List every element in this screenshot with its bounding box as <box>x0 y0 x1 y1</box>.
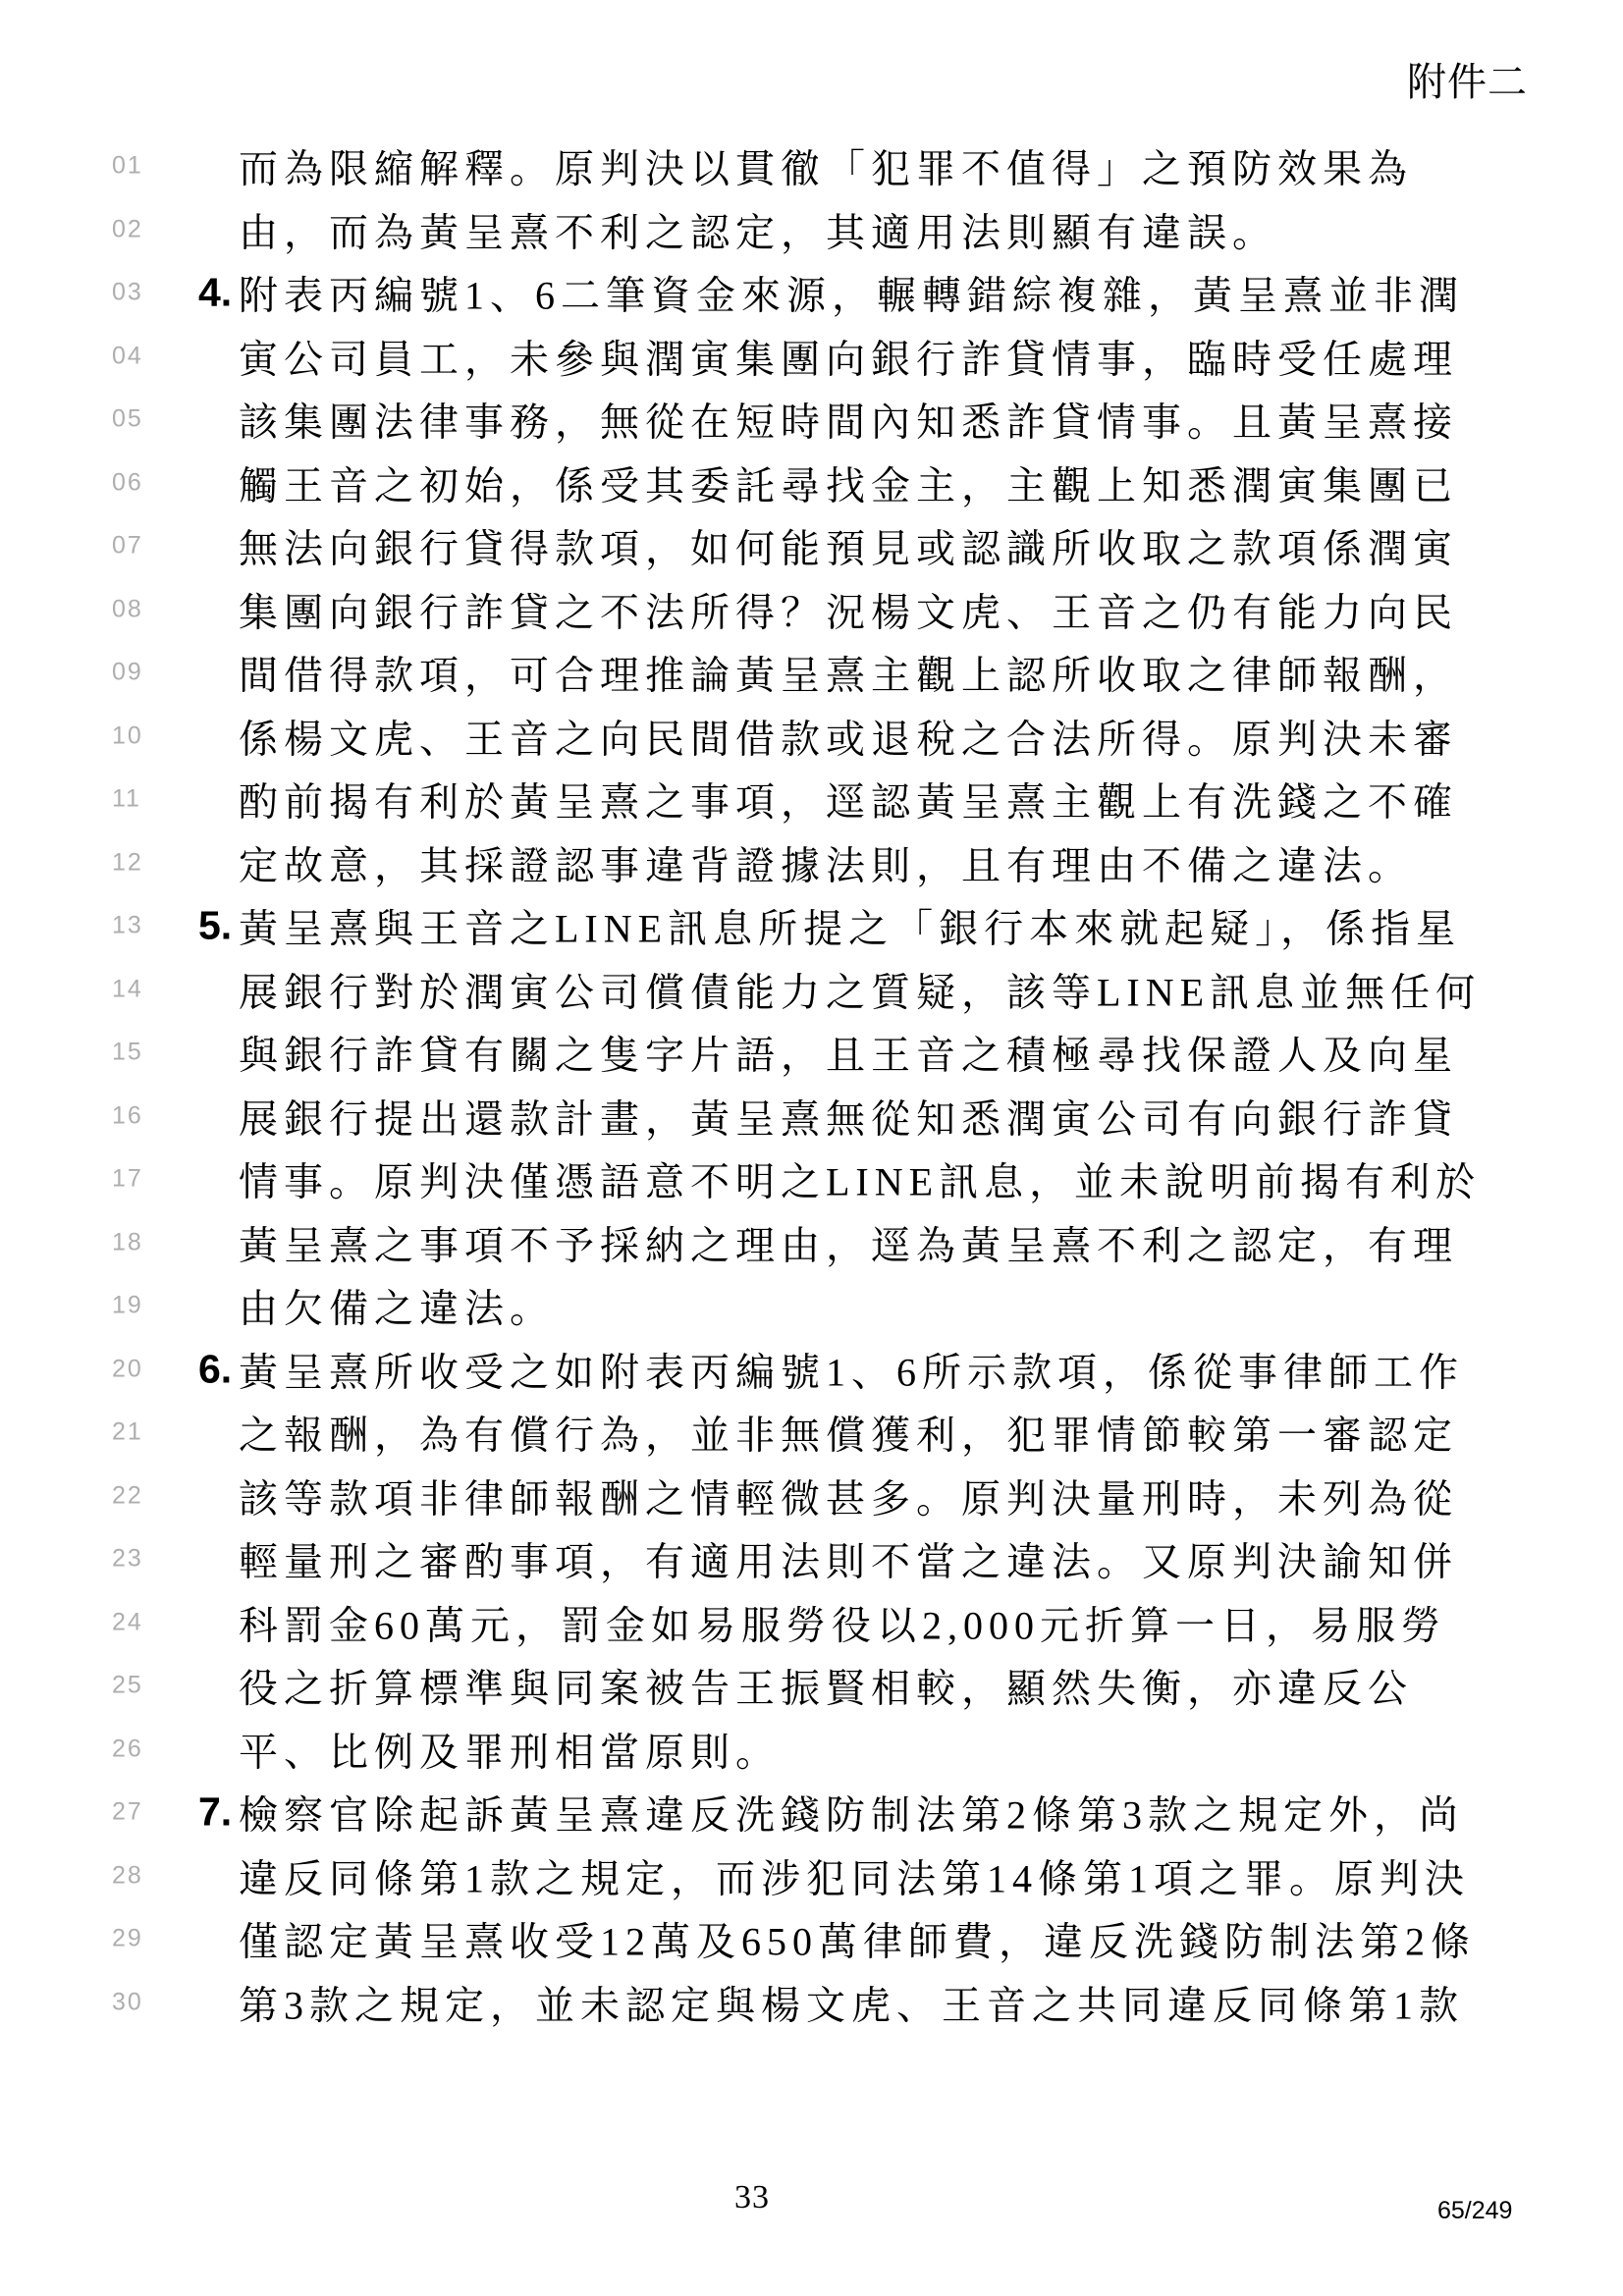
line-number: 09 <box>112 659 143 687</box>
line-text: 與銀行詐貸有關之隻字片語，且王音之積極尋找保證人及向星 <box>239 1025 1458 1081</box>
document-line: 15 與銀行詐貸有關之隻字片語，且王音之積極尋找保證人及向星 <box>0 1021 1623 1085</box>
line-text: 而為限縮解釋。原判決以貫徹「犯罪不值得」之預防效果為 <box>239 138 1413 194</box>
document-line: 17 情事。原判決僅憑語意不明之LINE訊息，並未說明前揭有利於 <box>0 1148 1623 1211</box>
line-number: 15 <box>112 1039 143 1067</box>
document-line: 24 科罰金60萬元，罰金如易服勞役以2,000元折算一日，易服勞 <box>0 1591 1623 1655</box>
line-number: 04 <box>112 342 143 370</box>
line-number: 18 <box>112 1228 143 1256</box>
line-number: 12 <box>112 848 143 877</box>
line-number: 23 <box>112 1545 143 1574</box>
document-line: 27 7. 檢察官除起訴黃呈熹違反洗錢防制法第2條第3款之規定外，尚 <box>0 1781 1623 1844</box>
document-line: 11 酌前揭有利於黃呈熹之事項，逕認黃呈熹主觀上有洗錢之不確 <box>0 768 1623 831</box>
line-number: 21 <box>112 1418 143 1447</box>
line-text: 由欠備之違法。 <box>239 1278 555 1334</box>
document-line: 30 第3款之規定，並未認定與楊文虎、王音之共同違反同條第1款 <box>0 1971 1623 2035</box>
line-text: 黃呈熹之事項不予採納之理由，逕為黃呈熹不利之認定，有理 <box>239 1214 1458 1270</box>
line-number: 22 <box>112 1481 143 1510</box>
line-text: 酌前揭有利於黃呈熹之事項，逕認黃呈熹主觀上有洗錢之不確 <box>239 772 1458 828</box>
document-line: 06 觸王音之初始，係受其委託尋找金主，主觀上知悉潤寅集團已 <box>0 452 1623 515</box>
line-number: 19 <box>112 1292 143 1320</box>
line-text: 寅公司員工，未參與潤寅集團向銀行詐貸情事，臨時受任處理 <box>239 328 1458 384</box>
line-text: 無法向銀行貸得款項，如何能預見或認識所收取之款項係潤寅 <box>239 518 1458 574</box>
item-number-marker: 5. <box>198 903 232 949</box>
document-line: 08 集團向銀行詐貸之不法所得？況楊文虎、王音之仍有能力向民 <box>0 578 1623 642</box>
item-number-marker: 6. <box>198 1346 232 1392</box>
document-line: 21 之報酬，為有償行為，並非無償獲利，犯罪情節較第一審認定 <box>0 1401 1623 1465</box>
line-text: 展銀行對於潤寅公司償債能力之質疑，該等LINE訊息並無任何 <box>239 961 1481 1017</box>
line-number: 29 <box>112 1925 143 1953</box>
line-text: 間借得款項，可合理推論黃呈熹主觀上認所收取之律師報酬， <box>239 645 1458 701</box>
line-text: 黃呈熹與王音之LINE訊息所提之「銀行本來就起疑」，係指星 <box>239 898 1461 954</box>
line-text: 之報酬，為有償行為，並非無償獲利，犯罪情節較第一審認定 <box>239 1405 1458 1461</box>
document-line: 14 展銀行對於潤寅公司償債能力之質疑，該等LINE訊息並無任何 <box>0 958 1623 1022</box>
line-number: 20 <box>112 1355 143 1383</box>
document-line: 07 無法向銀行貸得款項，如何能預見或認識所收取之款項係潤寅 <box>0 514 1623 578</box>
document-line: 13 5. 黃呈熹與王音之LINE訊息所提之「銀行本來就起疑」，係指星 <box>0 894 1623 958</box>
document-line: 01 而為限縮解釋。原判決以貫徹「犯罪不值得」之預防效果為 <box>0 134 1623 198</box>
line-text: 由，而為黃呈熹不利之認定，其適用法則顯有違誤。 <box>239 201 1277 257</box>
line-number: 08 <box>112 595 143 623</box>
line-text: 平、比例及罪刑相當原則。 <box>239 1721 781 1777</box>
pagination-counter: 65/249 <box>1437 2197 1512 2225</box>
line-number: 11 <box>112 785 141 814</box>
document-line: 10 係楊文虎、王音之向民間借款或退稅之合法所得。原判決未審 <box>0 705 1623 769</box>
line-number: 07 <box>112 532 143 561</box>
line-text: 該集團法律事務，無從在短時間內知悉詐貸情事。且黃呈熹接 <box>239 392 1458 448</box>
document-line: 19 由欠備之違法。 <box>0 1274 1623 1338</box>
item-number-marker: 4. <box>198 270 232 316</box>
line-text: 觸王音之初始，係受其委託尋找金主，主觀上知悉潤寅集團已 <box>239 454 1458 510</box>
page-number: 33 <box>734 2179 770 2216</box>
line-text: 役之折算標準與同案被告王振賢相較，顯然失衡，亦違反公 <box>239 1658 1413 1714</box>
line-number: 02 <box>112 215 143 243</box>
line-text: 黃呈熹所收受之如附表丙編號1、6所示款項，係從事律師工作 <box>239 1341 1464 1397</box>
line-text: 違反同條第1款之規定，而涉犯同法第14條第1項之罪。原判決 <box>239 1847 1470 1903</box>
line-number: 05 <box>112 405 143 434</box>
document-line: 25 役之折算標準與同案被告王振賢相較，顯然失衡，亦違反公 <box>0 1654 1623 1718</box>
document-line: 23 輕量刑之審酌事項，有適用法則不當之違法。又原判決諭知併 <box>0 1527 1623 1591</box>
line-text: 該等款項非律師報酬之情輕微甚多。原判決量刑時，未列為從 <box>239 1468 1458 1523</box>
document-line: 29 僅認定黃呈熹收受12萬及650萬律師費，違反洗錢防制法第2條 <box>0 1907 1623 1971</box>
document-line: 05 該集團法律事務，無從在短時間內知悉詐貸情事。且黃呈熹接 <box>0 388 1623 452</box>
line-number: 17 <box>112 1165 143 1194</box>
line-text: 係楊文虎、王音之向民間借款或退稅之合法所得。原判決未審 <box>239 708 1458 764</box>
line-number: 26 <box>112 1735 143 1763</box>
line-number: 25 <box>112 1672 143 1700</box>
line-number: 01 <box>112 152 143 181</box>
document-line: 18 黃呈熹之事項不予採納之理由，逕為黃呈熹不利之認定，有理 <box>0 1211 1623 1275</box>
line-number: 27 <box>112 1798 143 1827</box>
line-text: 情事。原判決僅憑語意不明之LINE訊息，並未說明前揭有利於 <box>239 1151 1481 1207</box>
line-text: 定故意，其採證認事違背證據法則，且有理由不備之違法。 <box>239 834 1413 890</box>
line-number: 06 <box>112 468 143 497</box>
line-text: 集團向銀行詐貸之不法所得？況楊文虎、王音之仍有能力向民 <box>239 581 1458 637</box>
line-text: 僅認定黃呈熹收受12萬及650萬律師費，違反洗錢防制法第2條 <box>239 1911 1476 1967</box>
line-number: 10 <box>112 721 143 750</box>
line-number: 13 <box>112 912 143 940</box>
document-line: 12 定故意，其採證認事違背證據法則，且有理由不備之違法。 <box>0 831 1623 895</box>
attachment-label: 附件二 <box>1407 51 1528 107</box>
line-text: 科罰金60萬元，罰金如易服勞役以2,000元折算一日，易服勞 <box>239 1594 1446 1650</box>
document-line: 02 由，而為黃呈熹不利之認定，其適用法則顯有違誤。 <box>0 198 1623 262</box>
line-number: 16 <box>112 1101 143 1130</box>
document-line: 20 6. 黃呈熹所收受之如附表丙編號1、6所示款項，係從事律師工作 <box>0 1338 1623 1402</box>
line-text: 展銀行提出還款計畫，黃呈熹無從知悉潤寅公司有向銀行詐貸 <box>239 1088 1458 1144</box>
document-line: 04 寅公司員工，未參與潤寅集團向銀行詐貸情事，臨時受任處理 <box>0 325 1623 389</box>
text-lines: 01 而為限縮解釋。原判決以貫徹「犯罪不值得」之預防效果為 02 由，而為黃呈熹… <box>0 134 1623 2034</box>
document-line: 26 平、比例及罪刑相當原則。 <box>0 1718 1623 1782</box>
line-number: 30 <box>112 1988 143 2016</box>
document-page: 附件二 01 而為限縮解釋。原判決以貫徹「犯罪不值得」之預防效果為 02 由，而… <box>0 0 1623 2296</box>
document-line: 03 4. 附表丙編號1、6二筆資金來源，輾轉錯綜複雜，黃呈熹並非潤 <box>0 261 1623 325</box>
line-text: 輕量刑之審酌事項，有適用法則不當之違法。又原判決諭知併 <box>239 1531 1458 1587</box>
document-line: 28 違反同條第1款之規定，而涉犯同法第14條第1項之罪。原判決 <box>0 1844 1623 1908</box>
line-number: 24 <box>112 1608 143 1636</box>
line-text: 第3款之規定，並未認定與楊文虎、王音之共同違反同條第1款 <box>239 1974 1464 2030</box>
item-number-marker: 7. <box>198 1789 232 1836</box>
line-text: 附表丙編號1、6二筆資金來源，輾轉錯綜複雜，黃呈熹並非潤 <box>239 265 1464 321</box>
document-line: 16 展銀行提出還款計畫，黃呈熹無從知悉潤寅公司有向銀行詐貸 <box>0 1085 1623 1148</box>
line-number: 28 <box>112 1861 143 1890</box>
line-number: 03 <box>112 279 143 307</box>
line-number: 14 <box>112 975 143 1003</box>
document-line: 09 間借得款項，可合理推論黃呈熹主觀上認所收取之律師報酬， <box>0 641 1623 705</box>
document-line: 22 該等款項非律師報酬之情輕微甚多。原判決量刑時，未列為從 <box>0 1465 1623 1528</box>
line-text: 檢察官除起訴黃呈熹違反洗錢防制法第2條第3款之規定外，尚 <box>239 1785 1464 1841</box>
